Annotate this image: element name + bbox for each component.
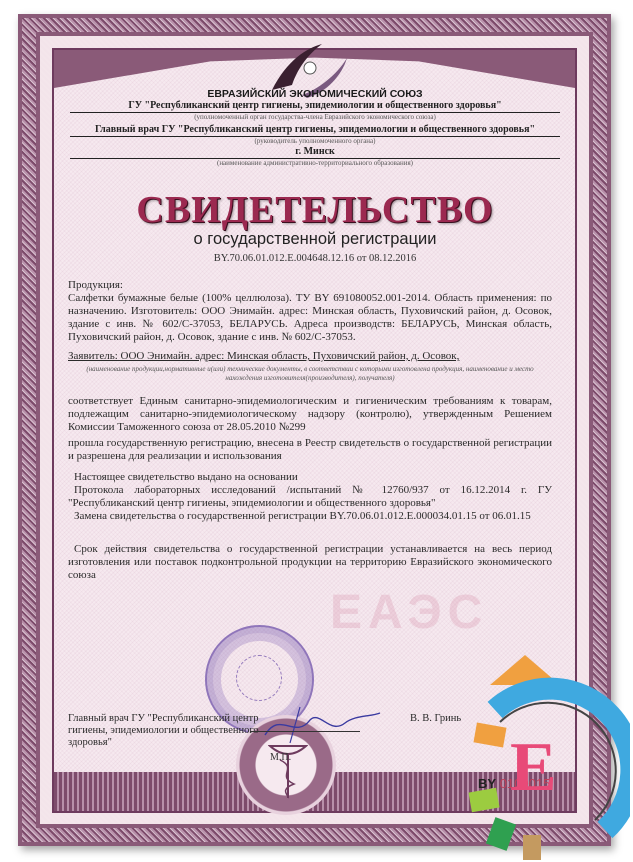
- bowl-of-hygieia-icon: [268, 740, 308, 800]
- basis-replacement: Замена свидетельства о государственной р…: [68, 510, 552, 523]
- registration-number: BY.70.06.01.012.E.004648.12.16 от 08.12.…: [60, 253, 570, 264]
- conformity-text: соответствует Единым санитарно-эпидемиол…: [68, 395, 552, 434]
- basis-protocol: Протокола лабораторных исследований /исп…: [68, 484, 552, 510]
- product-caption: (наименование продукции,нормативные и(ил…: [68, 365, 552, 383]
- svg-text:E: E: [510, 729, 557, 806]
- signer-name: В. В. Гринь: [410, 713, 461, 724]
- city: г. Минск: [70, 146, 560, 159]
- applicant: Заявитель: ООО Энимайн. адрес: Минская о…: [68, 350, 552, 363]
- eaeu-watermark: ЕАЭС: [330, 585, 488, 640]
- document-subtitle: о государственной регистрации: [60, 230, 570, 249]
- signer-position: Главный врач ГУ "Республиканский центр г…: [68, 713, 268, 749]
- head-name: Главный врач ГУ "Республиканский центр г…: [70, 124, 560, 137]
- product-label: Продукция:: [68, 279, 552, 292]
- authority-caption: (уполномоченный орган государства-члена …: [70, 113, 560, 122]
- basis-intro: Настоящее свидетельство выдано на основа…: [68, 471, 552, 484]
- signature-line: [250, 731, 360, 732]
- validity-text: Срок действия свидетельства о государств…: [68, 543, 552, 582]
- document-title: СВИДЕТЕЛЬСТВО: [60, 188, 570, 232]
- e-site-logo-icon: E: [455, 650, 630, 860]
- product-description: Салфетки бумажные белые (100% целлюлоза)…: [68, 292, 552, 344]
- union-heading: ЕВРАЗИЙСКИЙ ЭКОНОМИЧЕСКИЙ СОЮЗ: [60, 88, 570, 100]
- registration-text: прошла государственную регистрацию, внес…: [68, 437, 552, 463]
- head-caption: (руководитель уполномоченного органа): [70, 137, 560, 146]
- stamp-place-label: М.П.: [270, 752, 291, 763]
- authority-name: ГУ "Республиканский центр гигиены, эпиде…: [70, 100, 560, 113]
- seal-coat-of-arms: [236, 655, 282, 701]
- city-caption: (наименование административно-территориа…: [70, 159, 560, 168]
- handwritten-signature-icon: [260, 705, 390, 745]
